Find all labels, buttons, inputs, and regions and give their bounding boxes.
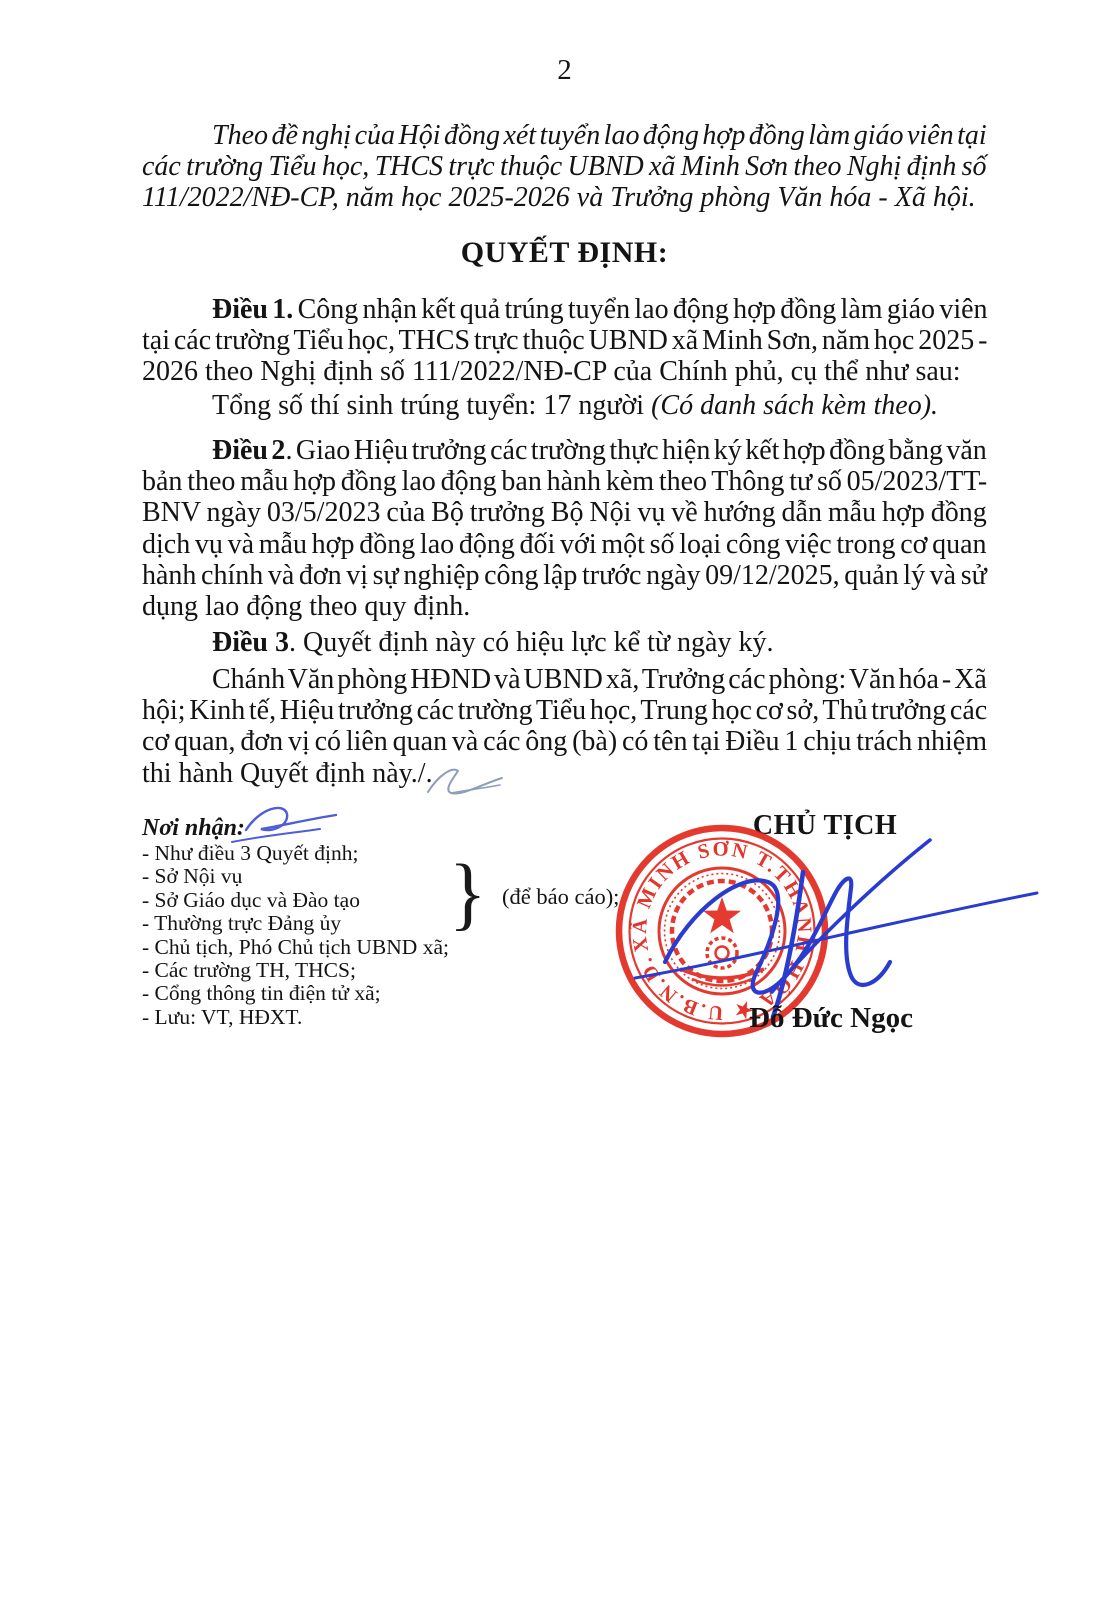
- closing-line: cơ quan, đơn vị có liên quan và các ông …: [142, 726, 987, 757]
- closing-line: Chánh Văn phòng HĐND và UBND xã, Trưởng …: [142, 664, 987, 695]
- article-2: Điều 2. Giao Hiệu trưởng các trường thực…: [142, 435, 987, 622]
- article-2-line: Điều 2. Giao Hiệu trưởng các trường thực…: [142, 435, 987, 466]
- article-1-line: tại các trường Tiểu học, THCS trực thuộc…: [142, 325, 987, 356]
- signature-scribble: [590, 810, 1050, 1025]
- intro-line: Theo đề nghị của Hội đồng xét tuyển lao …: [142, 120, 987, 151]
- paragraph-initial-mark: [418, 758, 513, 806]
- signer-name: Đỗ Đức Ngọc: [726, 1002, 936, 1035]
- total-candidates-line: Tổng số thí sinh trúng tuyển: 17 người (…: [142, 390, 987, 421]
- article-3: Điều 3. Quyết định này có hiệu lực kể từ…: [142, 627, 987, 658]
- article-2-line: BNV ngày 03/5/2023 của Bộ trưởng Bộ Nội …: [142, 497, 987, 528]
- article-1-line: Điều 1. Công nhận kết quả trúng tuyển la…: [142, 294, 987, 325]
- document-page: 2 Theo đề nghị của Hội đồng xét tuyển la…: [0, 0, 1120, 1600]
- closing-paragraph: Chánh Văn phòng HĐND và UBND xã, Trưởng …: [142, 664, 987, 789]
- intro-line: các trường Tiểu học, THCS trực thuộc UBN…: [142, 151, 987, 182]
- closing-line: thi hành Quyết định này./.: [142, 758, 987, 789]
- article-2-line: bản theo mẫu hợp đồng lao động ban hành …: [142, 466, 987, 497]
- decision-heading: QUYẾT ĐỊNH:: [142, 236, 987, 270]
- article-1-line: 2026 theo Nghị định số 111/2022/NĐ-CP củ…: [142, 356, 987, 387]
- article-2-line: dịch vụ và mẫu hợp đồng lao động đối với…: [142, 529, 987, 560]
- article-2-line: hành chính và đơn vị sự nghiệp công lập …: [142, 560, 987, 591]
- recipients-initial-mark: [228, 798, 358, 850]
- article-2-line: dụng lao động theo quy định.: [142, 591, 987, 622]
- intro-line: 111/2022/NĐ-CP, năm học 2025-2026 và Trư…: [142, 182, 987, 213]
- article-1: Điều 1. Công nhận kết quả trúng tuyển la…: [142, 294, 987, 388]
- group-brace: }: [449, 853, 486, 933]
- closing-line: hội; Kinh tế, Hiệu trưởng các trường Tiể…: [142, 695, 987, 726]
- page-number: 2: [142, 54, 987, 86]
- intro-paragraph: Theo đề nghị của Hội đồng xét tuyển lao …: [142, 120, 987, 214]
